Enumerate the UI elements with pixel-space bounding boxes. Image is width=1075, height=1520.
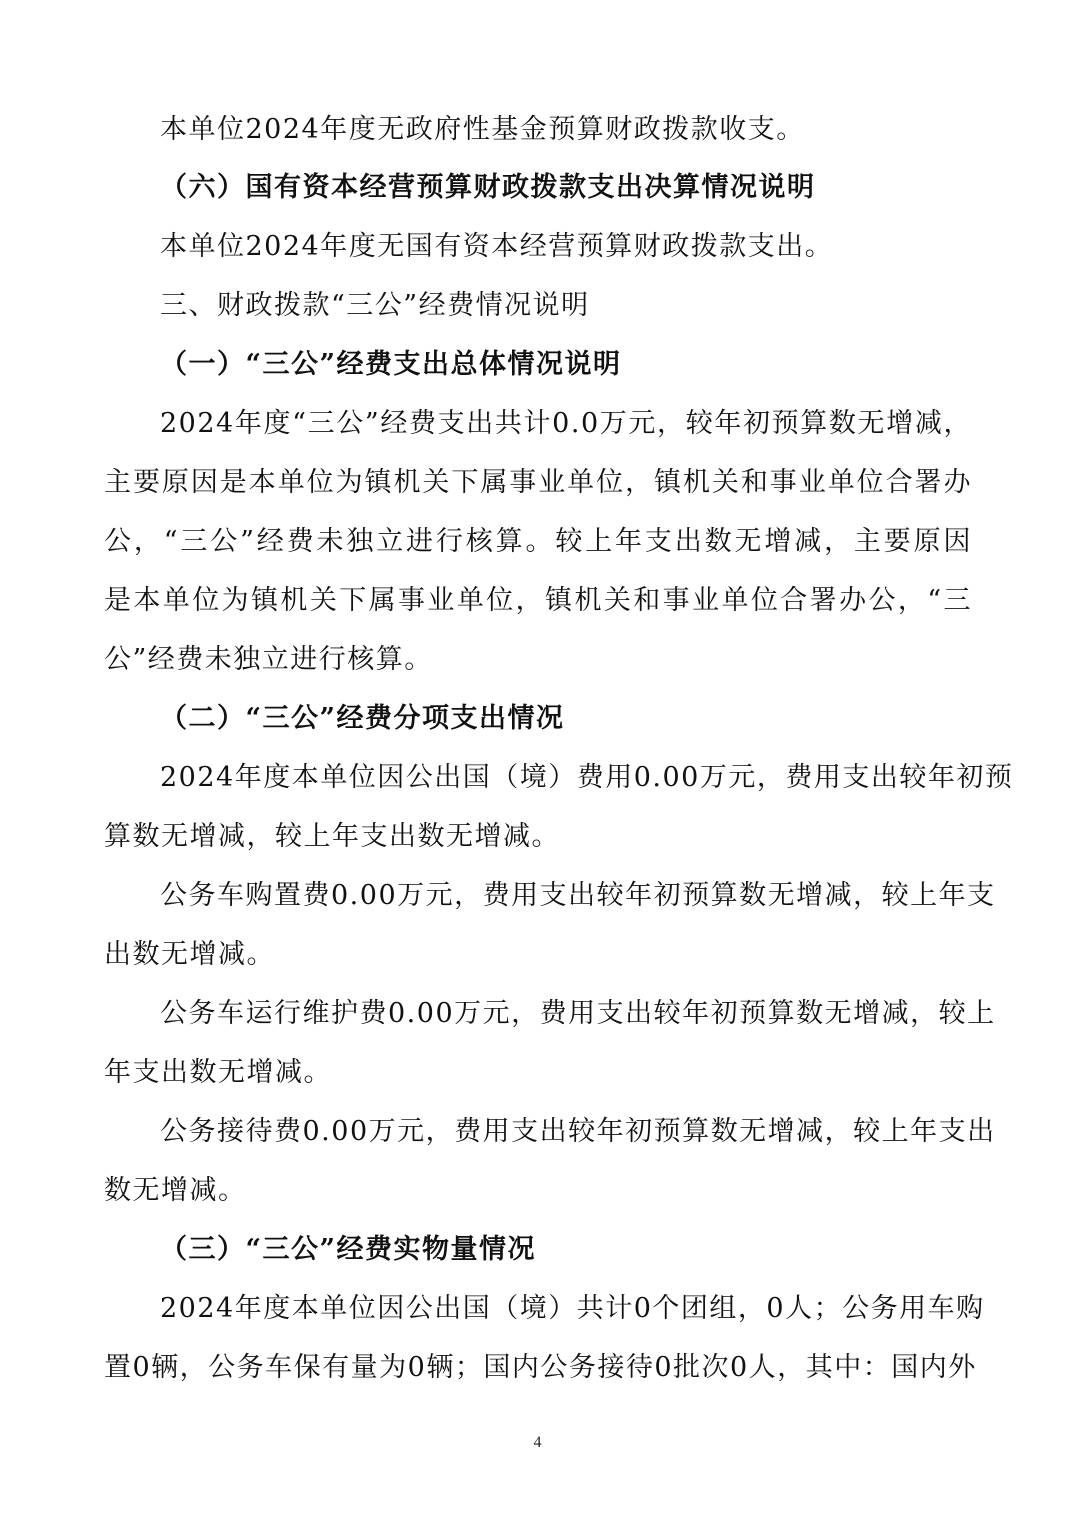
subheading-itemized: （二）“三公”经费分项支出情况 — [160, 702, 1028, 736]
paragraph-line: 本单位2024年度无政府性基金预算财政拨款收支。 — [160, 113, 972, 147]
paragraph-line: 公务车运行维护费0.00万元，费用支出较年初预算数无增减，较上 — [160, 997, 972, 1031]
page-number: 4 — [0, 1434, 1075, 1452]
subheading-overall: （一）“三公”经费支出总体情况说明 — [160, 348, 1028, 382]
document-page: 本单位2024年度无政府性基金预算财政拨款收支。 （六）国有资本经营预算财政拨款… — [0, 0, 1075, 1520]
paragraph-line: 2024年度“三公”经费支出共计0.0万元，较年初预算数无增减， — [160, 407, 972, 441]
paragraph-line: 2024年度本单位因公出国（境）费用0.00万元，费用支出较年初预 — [160, 761, 972, 795]
paragraph-line: 主要原因是本单位为镇机关下属事业单位，镇机关和事业单位合署办 — [104, 466, 972, 500]
paragraph-line: 公，“三公”经费未独立进行核算。较上年支出数无增减，主要原因 — [104, 525, 972, 559]
paragraph-line: 出数无增减。 — [104, 938, 972, 972]
paragraph-line: 置0辆，公务车保有量为0辆；国内公务接待0批次0人，其中：国内外 — [104, 1351, 972, 1385]
paragraph-line: 公务车购置费0.00万元，费用支出较年初预算数无增减，较上年支 — [160, 879, 972, 913]
paragraph-line: 2024年度本单位因公出国（境）共计0个团组，0人；公务用车购 — [160, 1292, 972, 1326]
paragraph-line: 是本单位为镇机关下属事业单位，镇机关和事业单位合署办公，“三 — [104, 584, 972, 618]
paragraph-line: 年支出数无增减。 — [104, 1056, 972, 1090]
paragraph-line: 公务接待费0.00万元，费用支出较年初预算数无增减，较上年支出 — [160, 1115, 972, 1149]
subheading-state-capital: （六）国有资本经营预算财政拨款支出决算情况说明 — [160, 171, 1028, 205]
paragraph-line: 数无增减。 — [104, 1174, 972, 1208]
paragraph-line: 算数无增减，较上年支出数无增减。 — [104, 820, 972, 854]
subheading-physical-quantity: （三）“三公”经费实物量情况 — [160, 1233, 1028, 1267]
section-heading-three-public: 三、财政拨款“三公”经费情况说明 — [160, 289, 1028, 323]
paragraph-line: 本单位2024年度无国有资本经营预算财政拨款支出。 — [160, 230, 972, 264]
paragraph-line: 公”经费未独立进行核算。 — [104, 643, 972, 677]
